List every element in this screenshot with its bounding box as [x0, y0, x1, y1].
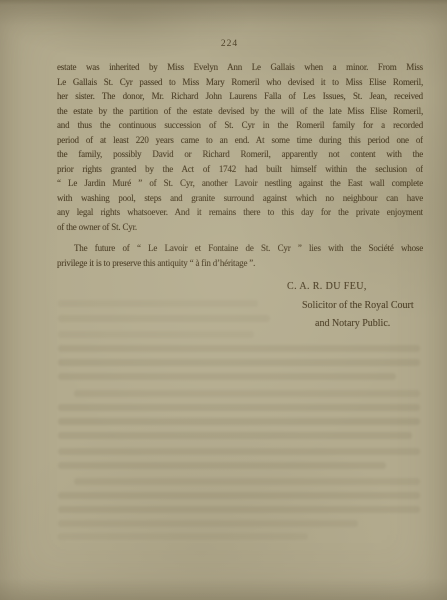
paragraph-1: estate was inherited by Miss Evelyn Ann …: [57, 60, 423, 234]
body-text: estate was inherited by Miss Evelyn Ann …: [57, 60, 423, 270]
signature-title-line-2: and Notary Public.: [315, 318, 390, 329]
bleedthrough-line: [74, 390, 420, 397]
bleedthrough-line: [58, 331, 254, 338]
bleedthrough-line: [74, 478, 420, 485]
text-line: Le Gallais St. Cyr passed to Miss Mary R…: [57, 75, 423, 90]
text-line: her sister. The donor, Mr. Richard John …: [57, 89, 423, 104]
bleedthrough-line: [58, 506, 420, 513]
text-line: the estate by the partition of the estat…: [57, 104, 423, 119]
bleedthrough-line: [58, 359, 420, 366]
bleedthrough-line: [58, 432, 412, 439]
bleedthrough-line: [58, 373, 396, 380]
book-page: 224 estate was inherited by Miss Evelyn …: [0, 0, 447, 600]
text-line: of the owner of St. Cyr.: [57, 220, 423, 235]
text-line: any legal rights whatsoever. And it rema…: [57, 205, 423, 220]
signature-title-line-1: Solicitor of the Royal Court: [302, 300, 414, 311]
text-line: and thus the continuous succession of St…: [57, 118, 423, 133]
text-line: period of at least 220 years came to an …: [57, 133, 423, 148]
text-line: prior rights granted by the Act of 1742 …: [57, 162, 423, 177]
signature-name: C. A. R. DU FEU,: [287, 281, 367, 292]
text-line: privilege it is to preserve this antiqui…: [57, 256, 423, 271]
bleedthrough-line: [58, 492, 420, 499]
bleedthrough-line: [58, 533, 308, 540]
text-line: with washing pool, steps and granite sur…: [57, 191, 423, 206]
bleedthrough-line: [58, 418, 420, 425]
text-line: estate was inherited by Miss Evelyn Ann …: [57, 60, 423, 75]
bleedthrough-line: [58, 462, 386, 469]
bleedthrough-line: [58, 520, 358, 527]
paragraph-2: The future of “ Le Lavoir et Fontaine de…: [57, 241, 423, 270]
bleedthrough-line: [58, 300, 258, 307]
text-line: The future of “ Le Lavoir et Fontaine de…: [57, 241, 423, 256]
text-line: “ Le Jardin Muré ” of St. Cyr, another L…: [57, 176, 423, 191]
page-number: 224: [0, 39, 447, 49]
bleedthrough-line: [58, 404, 420, 411]
bleedthrough-line: [58, 315, 270, 322]
text-line: the family, possibly David or Richard Ro…: [57, 147, 423, 162]
bleedthrough-line: [58, 345, 420, 352]
bleedthrough-line: [58, 448, 420, 455]
